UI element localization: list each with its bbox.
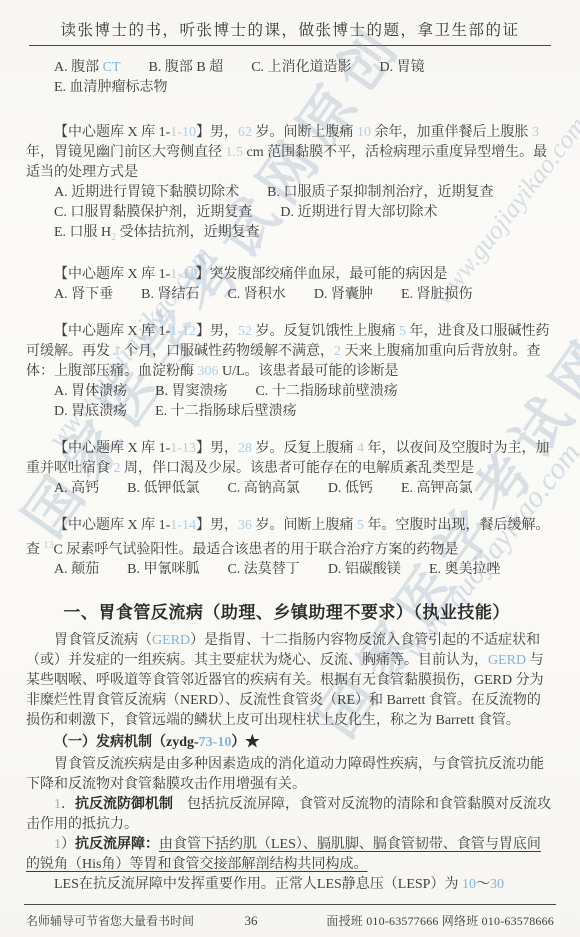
text-segment: 306: [198, 364, 219, 379]
text-segment: 1-11: [170, 267, 195, 282]
option: E. 奥美拉唑: [429, 560, 501, 580]
text-segment: 1: [114, 344, 121, 359]
option-row: A. 胃体溃疡B. 胃窦溃疡C. 十二指肠球前壁溃疡: [26, 382, 554, 402]
text-segment: 73-10: [199, 735, 232, 750]
text-segment: C. 十二指肠球前壁溃疡: [255, 384, 397, 399]
text-segment: 一、胃食管反流病（助理、乡镇助理不要求）（执业技能）: [63, 603, 510, 622]
text-segment: U/L。该患者最可能的诊断是: [219, 364, 399, 379]
text-segment: 胃食管反流病（: [54, 633, 152, 648]
option: C. 高钠高氯: [227, 479, 299, 499]
question-block: 【中心题库 X 库 1-1-12】男，52 岁。反复饥饿性上腹痛 5 年，进食及…: [26, 322, 554, 422]
option: D. 近期进行胃大部切除术: [280, 203, 437, 223]
question-stem: 【中心题库 X 库 1-1-14】男，36 岁。间断上腹痛 5 年。空腹时出现，…: [26, 516, 554, 561]
text-segment: C. 高钠高氯: [227, 481, 299, 496]
option-row: A. 颠茄B. 甲氰咪胍C. 法莫替丁D. 铝碳酸镁E. 奥美拉唑: [26, 560, 554, 580]
text-segment: 1-14: [170, 518, 196, 533]
text-segment: E. 口服 H: [54, 225, 111, 240]
option-row: C. 口服胃黏膜保护剂，近期复查D. 近期进行胃大部切除术: [26, 203, 554, 223]
text-segment: C. 口服胃黏膜保护剂，近期复查: [54, 205, 252, 220]
text-segment: A. 腹部: [54, 60, 103, 75]
text-segment: D. 肾囊肿: [314, 287, 373, 302]
question-block: 【中心题库 X 库 1-1-13】男，28 岁。反复上腹痛 4 年，以夜间及空腹…: [26, 439, 554, 499]
question-block: 【中心题库 X 库 1-1-11】突发腹部绞痛伴血尿，最可能的病因是A. 肾下垂…: [26, 265, 554, 305]
option: E. 血清肿瘤标志物: [54, 78, 168, 98]
option: E. 口服 H2 受体拮抗剂，近期复查: [54, 223, 260, 248]
text-segment: 【中心题库 X 库 1-: [54, 125, 170, 140]
option: C. 上消化道造影: [251, 58, 351, 78]
text-segment: GERD: [152, 633, 190, 648]
text-segment: 】男，: [196, 441, 238, 456]
text-segment: D. 胃底溃疡: [54, 404, 127, 419]
page-header-slogan: 读张博士的书，听张博士的课，做张博士的题，拿卫生部的证: [0, 0, 580, 40]
option: C. 十二指肠球前壁溃疡: [255, 382, 397, 402]
sub-heading: （一）发病机制（zydg-73-10）★: [26, 733, 554, 753]
text-segment: 】男，: [196, 125, 238, 140]
text-segment: E. 奥美拉唑: [429, 562, 501, 577]
option: A. 近期进行胃镜下黏膜切除术: [54, 183, 239, 203]
text-segment: 胃食管反流疾病是由多种因素造成的消化道动力障碍性疾病，与食管抗反流功能下降和反流…: [26, 757, 544, 792]
text-segment: A. 肾下垂: [54, 287, 113, 302]
text-segment: D. 铝碳酸镁: [328, 562, 401, 577]
option: E. 十二指肠球后壁溃疡: [155, 402, 297, 422]
option: C. 口服胃黏膜保护剂，近期复查: [54, 203, 252, 223]
text-segment: （一）发病机制（zydg-: [54, 735, 199, 750]
text-segment: 28: [238, 441, 252, 456]
text-segment: ～: [476, 877, 490, 892]
option-row: E. 口服 H2 受体拮抗剂，近期复查: [26, 223, 554, 248]
option: A. 腹部 CT: [54, 58, 121, 78]
text-segment: 1-12: [170, 324, 196, 339]
text-segment: D. 胃镜: [380, 60, 425, 75]
option: B. 口服质子泵抑制剂治疗，近期复查: [267, 183, 493, 203]
text-segment: 1.5: [226, 145, 244, 160]
option: D. 胃镜: [380, 58, 425, 78]
text-segment: A. 胃体溃疡: [54, 384, 127, 399]
option: D. 肾囊肿: [314, 285, 373, 305]
text-segment: 5: [399, 324, 406, 339]
text-segment: E. 十二指肠球后壁溃疡: [155, 404, 297, 419]
paragraph: 胃食管反流病（GERD）是指胃、十二指肠内容物反流入食管引起的不适症状和（或）并…: [26, 631, 554, 731]
option-row: A. 腹部 CTB. 腹部 B 超C. 上消化道造影D. 胃镜E. 血清肿瘤标志…: [26, 58, 554, 98]
text-segment: 3: [532, 125, 539, 140]
text-segment: 岁。反复饥饿性上腹痛: [252, 324, 399, 339]
option-row-container: A. 腹部 CTB. 腹部 B 超C. 上消化道造影D. 胃镜E. 血清肿瘤标志…: [26, 58, 554, 98]
text-segment: B. 胃窦溃疡: [155, 384, 227, 399]
text-segment: D. 低钙: [328, 481, 373, 496]
text-segment: A. 高钙: [54, 481, 99, 496]
text-segment: E. 肾脏损伤: [401, 287, 473, 302]
text-segment: C. 肾积水: [227, 287, 285, 302]
document-content: A. 腹部 CTB. 腹部 B 超C. 上消化道造影D. 胃镜E. 血清肿瘤标志…: [0, 46, 580, 894]
text-segment: E. 血清肿瘤标志物: [54, 80, 168, 95]
paragraph: LES在抗反流屏障中发挥重要作用。正常人LES静息压（LESP）为 10～30 …: [26, 875, 554, 894]
text-segment: B. 甲氰咪胍: [127, 562, 199, 577]
option: D. 铝碳酸镁: [328, 560, 401, 580]
text-segment: 13: [44, 540, 54, 551]
text-segment: C. 法莫替丁: [227, 562, 299, 577]
text-segment: 1: [54, 797, 61, 812]
question-stem: 【中心题库 X 库 1-1-11】突发腹部绞痛伴血尿，最可能的病因是: [26, 265, 554, 285]
option: A. 高钙: [54, 479, 99, 499]
option-row: A. 近期进行胃镜下黏膜切除术B. 口服质子泵抑制剂治疗，近期复查: [26, 183, 554, 203]
text-segment: C 尿素呼气试验阳性。最适合该患者的用于联合治疗方案的药物是: [54, 542, 459, 557]
text-segment: 10: [462, 877, 476, 892]
text-segment: 周，伴口渴及少尿。该患者可能存在的电解质紊乱类型是: [121, 461, 475, 476]
option: D. 低钙: [328, 479, 373, 499]
text-segment: 【中心题库 X 库 1-: [54, 267, 170, 282]
question-stem: 【中心题库 X 库 1-1-12】男，52 岁。反复饥饿性上腹痛 5 年，进食及…: [26, 322, 554, 382]
text-segment: 1: [54, 837, 61, 852]
option-row: A. 肾下垂B. 肾结石C. 肾积水D. 肾囊肿E. 肾脏损伤: [26, 285, 554, 305]
question-block: 【中心题库 X 库 1-1-10】男，62 岁。间断上腹痛 10 余年，加重伴餐…: [26, 123, 554, 248]
text-segment: 】男，: [196, 324, 238, 339]
text-segment: 年，胃镜见幽门前区大弯侧直径: [26, 145, 226, 160]
text-segment: 个月，口服碱性药物缓解不满意，: [121, 344, 335, 359]
text-segment: 【中心题库 X 库 1-: [54, 324, 170, 339]
option-row: A. 高钙B. 低钾低氯C. 高钠高氯D. 低钙E. 高钾高氯: [26, 479, 554, 499]
paragraph: 1．抗反流防御机制 包括抗反流屏障，食管对反流物的清除和食管黏膜对反流攻击作用的…: [26, 795, 554, 835]
text-segment: B. 肾结石: [141, 287, 199, 302]
text-segment: 受体拮抗剂，近期复查: [116, 225, 260, 240]
text-segment: 36: [238, 518, 252, 533]
option: B. 甲氰咪胍: [127, 560, 199, 580]
text-segment: ）: [61, 837, 75, 852]
text-segment: A. 近期进行胃镜下黏膜切除术: [54, 185, 239, 200]
page-footer: 名师辅导可节省您大量看书时间 36 面授班 010-63577666 网络班 0…: [26, 912, 554, 929]
text-segment: 52: [238, 324, 252, 339]
text-segment: CT: [103, 60, 121, 75]
scanned-document-page: 国家医学考试网原创 国家医学考试网原创 www.guojiayikao.com …: [0, 0, 580, 937]
footer-page-number: 36: [221, 913, 281, 929]
option: B. 腹部 B 超: [149, 58, 224, 78]
text-segment: 】突发腹部绞痛伴血尿，最可能的病因是: [195, 267, 447, 282]
text-segment: E. 高钾高氯: [401, 481, 473, 496]
text-segment: 抗反流屏障：: [75, 837, 159, 852]
text-segment: 2: [334, 344, 341, 359]
text-segment: D. 近期进行胃大部切除术: [280, 205, 437, 220]
text-segment: 5: [357, 518, 364, 533]
text-segment: 】男，: [196, 518, 238, 533]
text-segment: 1-13: [170, 441, 196, 456]
text-segment: C. 上消化道造影: [251, 60, 351, 75]
footer-rule: [24, 904, 556, 905]
option: D. 胃底溃疡: [54, 402, 127, 422]
text-segment: 抗反流防御机制: [75, 797, 173, 812]
option-row: D. 胃底溃疡E. 十二指肠球后壁溃疡: [26, 402, 554, 422]
question-block: 【中心题库 X 库 1-1-14】男，36 岁。间断上腹痛 5 年。空腹时出现，…: [26, 516, 554, 581]
text-segment: 10: [357, 125, 371, 140]
text-segment: B. 腹部 B 超: [149, 60, 224, 75]
text-segment: B. 低钾低氯: [127, 481, 199, 496]
text-segment: 2: [114, 461, 121, 476]
option: B. 胃窦溃疡: [155, 382, 227, 402]
paragraph: 1）抗反流屏障：由食管下括约肌（LES）、膈肌脚、膈食管韧带、食管与胃底间的锐角…: [26, 835, 554, 875]
text-segment: 62: [238, 125, 252, 140]
text-segment: 岁。反复上腹痛: [252, 441, 357, 456]
text-segment: 1-10: [170, 125, 196, 140]
text-segment: 4: [357, 441, 364, 456]
option: B. 肾结石: [141, 285, 199, 305]
option: E. 高钾高氯: [401, 479, 473, 499]
option: C. 肾积水: [227, 285, 285, 305]
option: A. 颠茄: [54, 560, 99, 580]
text-segment: 【中心题库 X 库 1-: [54, 518, 170, 533]
paragraph: 胃食管反流疾病是由多种因素造成的消化道动力障碍性疾病，与食管抗反流功能下降和反流…: [26, 755, 554, 795]
text-segment: ）★: [231, 735, 259, 750]
text-segment: 30: [490, 877, 504, 892]
question-stem: 【中心题库 X 库 1-1-13】男，28 岁。反复上腹痛 4 年，以夜间及空腹…: [26, 439, 554, 479]
text-segment: LES在抗反流屏障中发挥重要作用。正常人LES静息压（LESP）为: [54, 877, 462, 892]
option: B. 低钾低氯: [127, 479, 199, 499]
option: A. 胃体溃疡: [54, 382, 127, 402]
text-segment: ．: [61, 797, 75, 812]
text-segment: 岁。间断上腹痛: [252, 125, 357, 140]
text-segment: A. 颠茄: [54, 562, 99, 577]
option: C. 法莫替丁: [227, 560, 299, 580]
option: E. 肾脏损伤: [401, 285, 473, 305]
footer-right-text: 面授班 010-63577666 网络班 010-63578666: [281, 912, 554, 929]
text-segment: GERD: [488, 653, 526, 668]
footer-left-text: 名师辅导可节省您大量看书时间: [26, 912, 221, 929]
section-title: 一、胃食管反流病（助理、乡镇助理不要求）（执业技能）: [26, 600, 554, 626]
question-stem: 【中心题库 X 库 1-1-10】男，62 岁。间断上腹痛 10 余年，加重伴餐…: [26, 123, 554, 183]
text-segment: B. 口服质子泵抑制剂治疗，近期复查: [267, 185, 493, 200]
text-segment: 岁。间断上腹痛: [252, 518, 357, 533]
text-segment: 余年，加重伴餐后上腹胀: [371, 125, 532, 140]
text-segment: 【中心题库 X 库 1-: [54, 441, 170, 456]
option: A. 肾下垂: [54, 285, 113, 305]
